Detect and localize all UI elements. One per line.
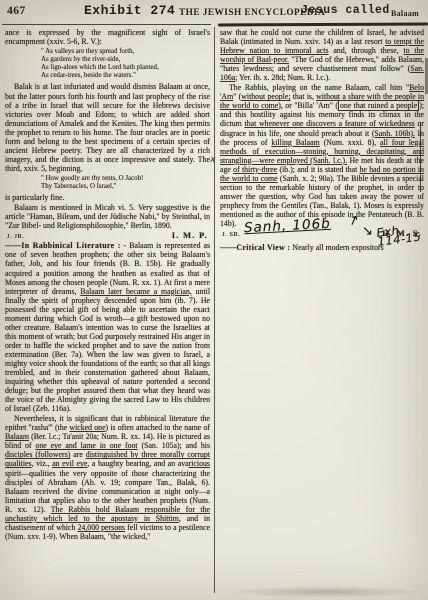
text-segment-u: Balaam later became a magician,	[80, 287, 191, 296]
handwritten-ref-sanh: Sanh, 106b	[244, 220, 331, 235]
text-segment-u: all four legal methods of execution—ston…	[220, 138, 424, 165]
paragraph: Balak is at last infuriated and would di…	[5, 82, 210, 172]
text-segment-u: an evil eye	[52, 459, 87, 468]
exhibit-stamp: Exhibit 274	[84, 3, 175, 18]
page-number: 467	[7, 5, 26, 17]
scan-smudge	[232, 586, 422, 598]
paragraph: is particularly fine.	[5, 193, 210, 202]
paragraph: The Rabbis, playing on the name Balaam, …	[220, 83, 424, 228]
column-divider	[214, 27, 215, 593]
header-rule-left	[2, 24, 211, 25]
scanned-encyclopedia-page: 467 Exhibit 274 THE JEWISH ENCYCLOPEDIA …	[0, 0, 428, 600]
verse-block: " How goodly are thy tents, O Jacob!Thy …	[41, 175, 210, 191]
left-column: ance is expressed by the magnificent sig…	[5, 28, 210, 542]
paragraph: Balaam is mentioned in Micah vi. 5. Very…	[5, 203, 210, 230]
signature-initials-left: J. SR.	[222, 230, 241, 239]
text-segment-u: disciples (followers)	[5, 450, 70, 459]
text-segment-b: ——In Rabbinical Literature :	[5, 241, 121, 250]
pen-arrow-down-icon: ↘	[362, 227, 373, 236]
right-column: saw that he could not curse the children…	[220, 28, 424, 253]
signature-initials-left: J. JR.	[7, 232, 24, 241]
text-segment-u: without people;	[241, 92, 290, 101]
text-segment-u: San. 106a	[220, 64, 424, 82]
paragraph: saw that he could not curse the children…	[220, 28, 424, 82]
text-segment-u: Balaam	[5, 432, 29, 441]
header-rule-right	[218, 23, 428, 27]
text-segment-u: wicked one	[69, 423, 105, 432]
handwritten-ref-exh: Exh. 114-15	[376, 223, 425, 247]
signature-row: J. JR.I. M. P.	[7, 231, 208, 241]
text-segment-u: killing Balaam	[271, 138, 319, 147]
signature-initials-right: I. M. P.	[172, 231, 208, 240]
paragraph: ance is expressed by the magnificent sig…	[5, 28, 210, 46]
paragraph: Nevertheless, it is significant that in …	[5, 414, 210, 541]
text-segment-b: ——Critical View :	[220, 243, 290, 252]
text-segment-box: one that ruined a people	[338, 100, 419, 111]
text-segment-u: of thirty-three	[233, 165, 277, 174]
paragraph: ——In Rabbinical Literature : - Balaam is…	[5, 241, 210, 413]
text-segment-u: one eye and lame in one foot	[35, 441, 137, 450]
text-segment-u: The Rabbis hold Balaam responsible for t…	[5, 505, 210, 523]
text-segment-u: that whenever one discovers a feature of…	[245, 119, 415, 128]
text-segment-u: (Sanh. 106b).	[372, 129, 415, 138]
text-segment-u: to tempt the Hebrew nation to immoral ac…	[220, 37, 424, 55]
handwritten-annotation-row: Sanh, 106b↑↘Exh. 114-15	[220, 239, 424, 243]
typed-annotation: Jesus called	[301, 4, 390, 17]
text-segment-u: 24,000 persons	[77, 523, 125, 532]
text-segment-u: ricious	[189, 459, 210, 468]
running-head: Balaam	[391, 9, 419, 18]
verse-block: " As valleys are they spread forth,As ga…	[41, 48, 210, 80]
pen-x-mark: x	[209, 155, 217, 166]
